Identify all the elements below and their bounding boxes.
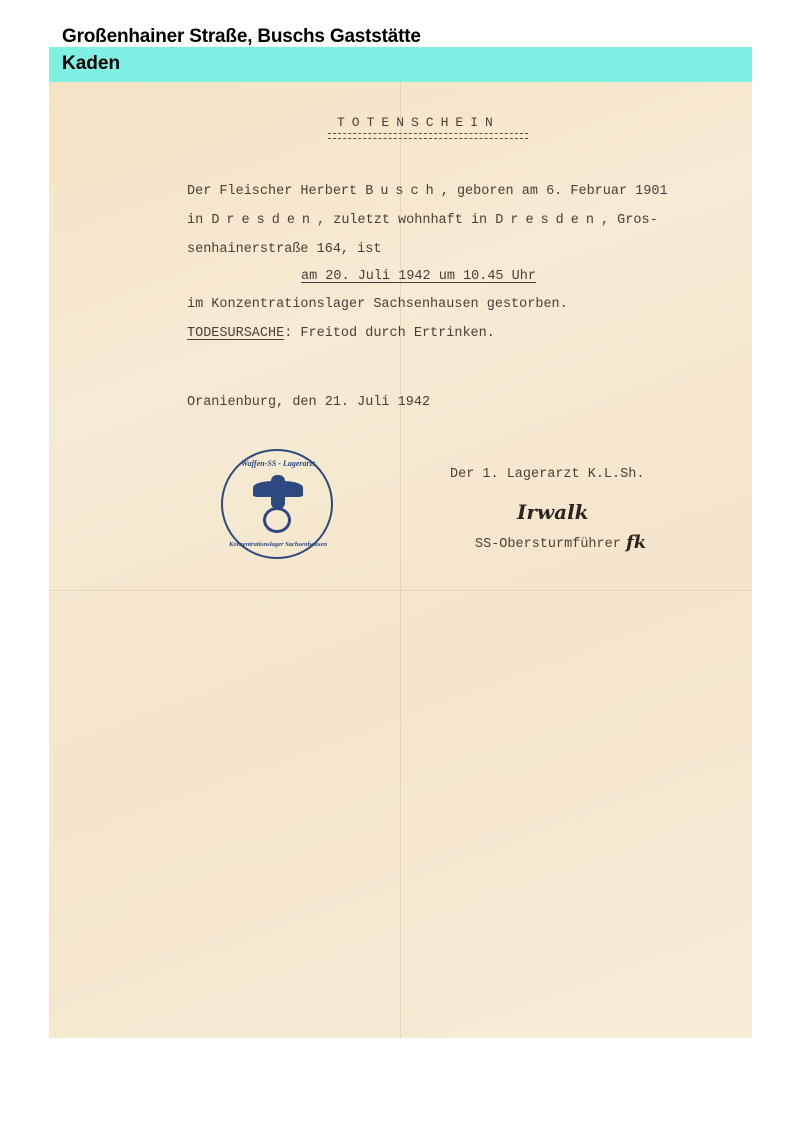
fold-line-horizontal: [49, 590, 752, 591]
residence-city: Dresden: [495, 213, 601, 228]
place-date: Oranienburg, den 21. Juli 1942: [187, 395, 430, 410]
death-date-line: am 20. Juli 1942 um 10.45 Uhr: [301, 269, 536, 284]
emblem-body-shape: [271, 475, 285, 509]
birth-city: Dresden: [211, 213, 317, 228]
text-fragment: in: [187, 213, 211, 228]
official-stamp: Waffen-SS - Lagerarzt Konzentrationslage…: [221, 449, 333, 559]
text-fragment: , zuletzt wohnhaft in: [317, 213, 495, 228]
heading-double-underline: [328, 133, 528, 139]
text-line-5: im Konzentrationslager Sachsenhausen ges…: [187, 297, 568, 312]
initials: fk: [626, 532, 646, 553]
page-title: Großenhainer Straße, Buschs Gaststätte: [62, 26, 421, 48]
rank-line: SS-Obersturmführer: [475, 537, 621, 552]
signatory-title: Der 1. Lagerarzt K.L.Sh.: [450, 467, 644, 482]
band-label: Kaden: [62, 53, 120, 75]
signature: Irwalk: [517, 500, 589, 524]
text-fragment: , geboren am 6. Februar 1901: [441, 184, 668, 199]
text-line-3: senhainerstraße 164, ist: [187, 242, 381, 257]
text-fragment: Der Fleischer Herbert: [187, 184, 365, 199]
deceased-name: Busch: [365, 184, 441, 199]
label-band: [49, 47, 752, 82]
stamp-top-text: Waffen-SS - Lagerarzt: [241, 459, 315, 468]
cause-text: : Freitod durch Ertrinken.: [284, 326, 495, 341]
cause-of-death-line: TODESURSACHE: Freitod durch Ertrinken.: [187, 326, 495, 341]
stamp-bottom-text: Konzentrationslager Sachsenhausen: [229, 541, 327, 548]
cause-label: TODESURSACHE: [187, 326, 284, 341]
text-fragment: , Gros-: [601, 213, 658, 228]
text-line-2: in Dresden, zuletzt wohnhaft in Dresden,…: [187, 213, 658, 228]
document-heading: TOTENSCHEIN: [337, 115, 500, 130]
emblem-wreath-shape: [263, 507, 291, 533]
text-line-1: Der Fleischer Herbert Busch, geboren am …: [187, 184, 668, 199]
